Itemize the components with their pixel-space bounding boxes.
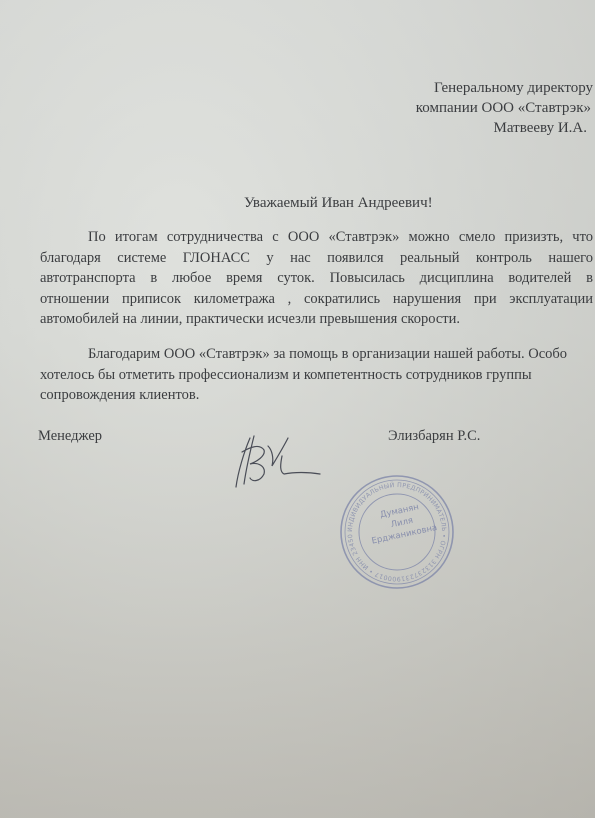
paragraph-line: автомобилей на линии, практически исчезл… [40,309,593,330]
paragraph-2: Благодарим ООО «Ставтрэк» за помощь в ор… [40,344,593,406]
addressee-block: Генеральному директору компании ООО «Ста… [395,78,595,138]
paragraph-line: благодаря системе ГЛОНАСС у нас появился… [40,248,593,269]
letter-page: Генеральному директору компании ООО «Ста… [0,0,595,818]
paragraph-line: хотелось бы отметить профессионализм и к… [40,365,593,386]
salutation: Уважаемый Иван Андреевич! [244,195,433,212]
signatory-position: Менеджер [38,428,102,445]
addressee-line-2: компании ООО «Ставтрэк» [395,98,591,118]
paragraph-line: По итогам сотрудничества с ООО «Ставтрэк… [40,227,593,248]
paragraph-line: Благодарим ООО «Ставтрэк» за помощь в ор… [40,344,593,365]
paragraph-line: сопровождения клиентов. [40,385,593,406]
paragraph-line: автотранспорта в любое время суток. Повы… [40,268,593,289]
paragraph-1: По итогам сотрудничества с ООО «Ставтрэк… [40,227,593,330]
handwritten-signature [228,432,328,492]
addressee-line-3: Матвееву И.А. [395,118,587,138]
addressee-line-1: Генеральному директору [395,78,593,98]
paragraph-line: отношении приписок километража , сократи… [40,289,593,310]
signatory-name: Элизбарян Р.С. [388,428,480,445]
